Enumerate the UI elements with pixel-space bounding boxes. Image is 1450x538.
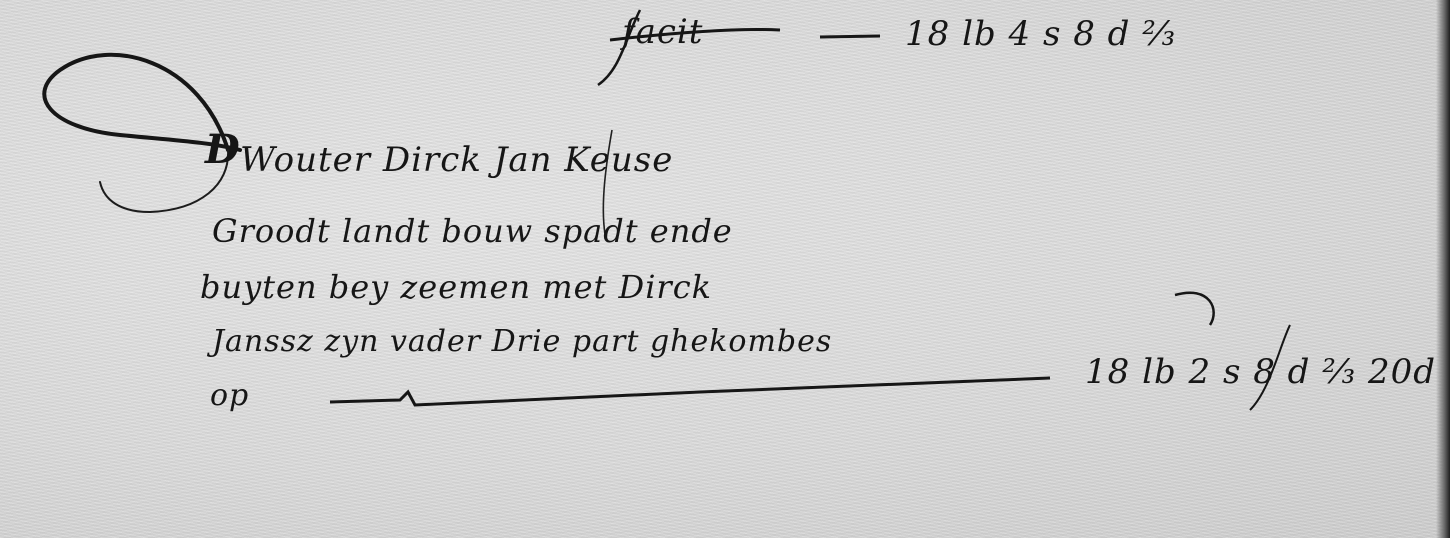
margin-amount: 18 lb 2 s 8 d ⅔ 20d [1085, 352, 1436, 392]
manuscript-page: facit 18 lb 4 s 8 d ⅔ D Wouter Dirck Jan… [0, 0, 1450, 538]
entry-line-2: Groodt landt bouw spadt ende [212, 212, 733, 250]
entry-initial: D [205, 126, 241, 173]
entry-line-5: op [210, 378, 249, 413]
facit-label: facit [622, 12, 703, 52]
entry-line-3: buyten bey zeemen met Dirck [200, 268, 712, 306]
rule-line [330, 378, 1050, 405]
entry-line-1: Wouter Dirck Jan Keuse [240, 140, 673, 180]
facit-amount: 18 lb 4 s 8 d ⅔ [905, 14, 1176, 54]
entry-line-4: Janssz zyn vader Drie part ghekombes [212, 324, 832, 359]
